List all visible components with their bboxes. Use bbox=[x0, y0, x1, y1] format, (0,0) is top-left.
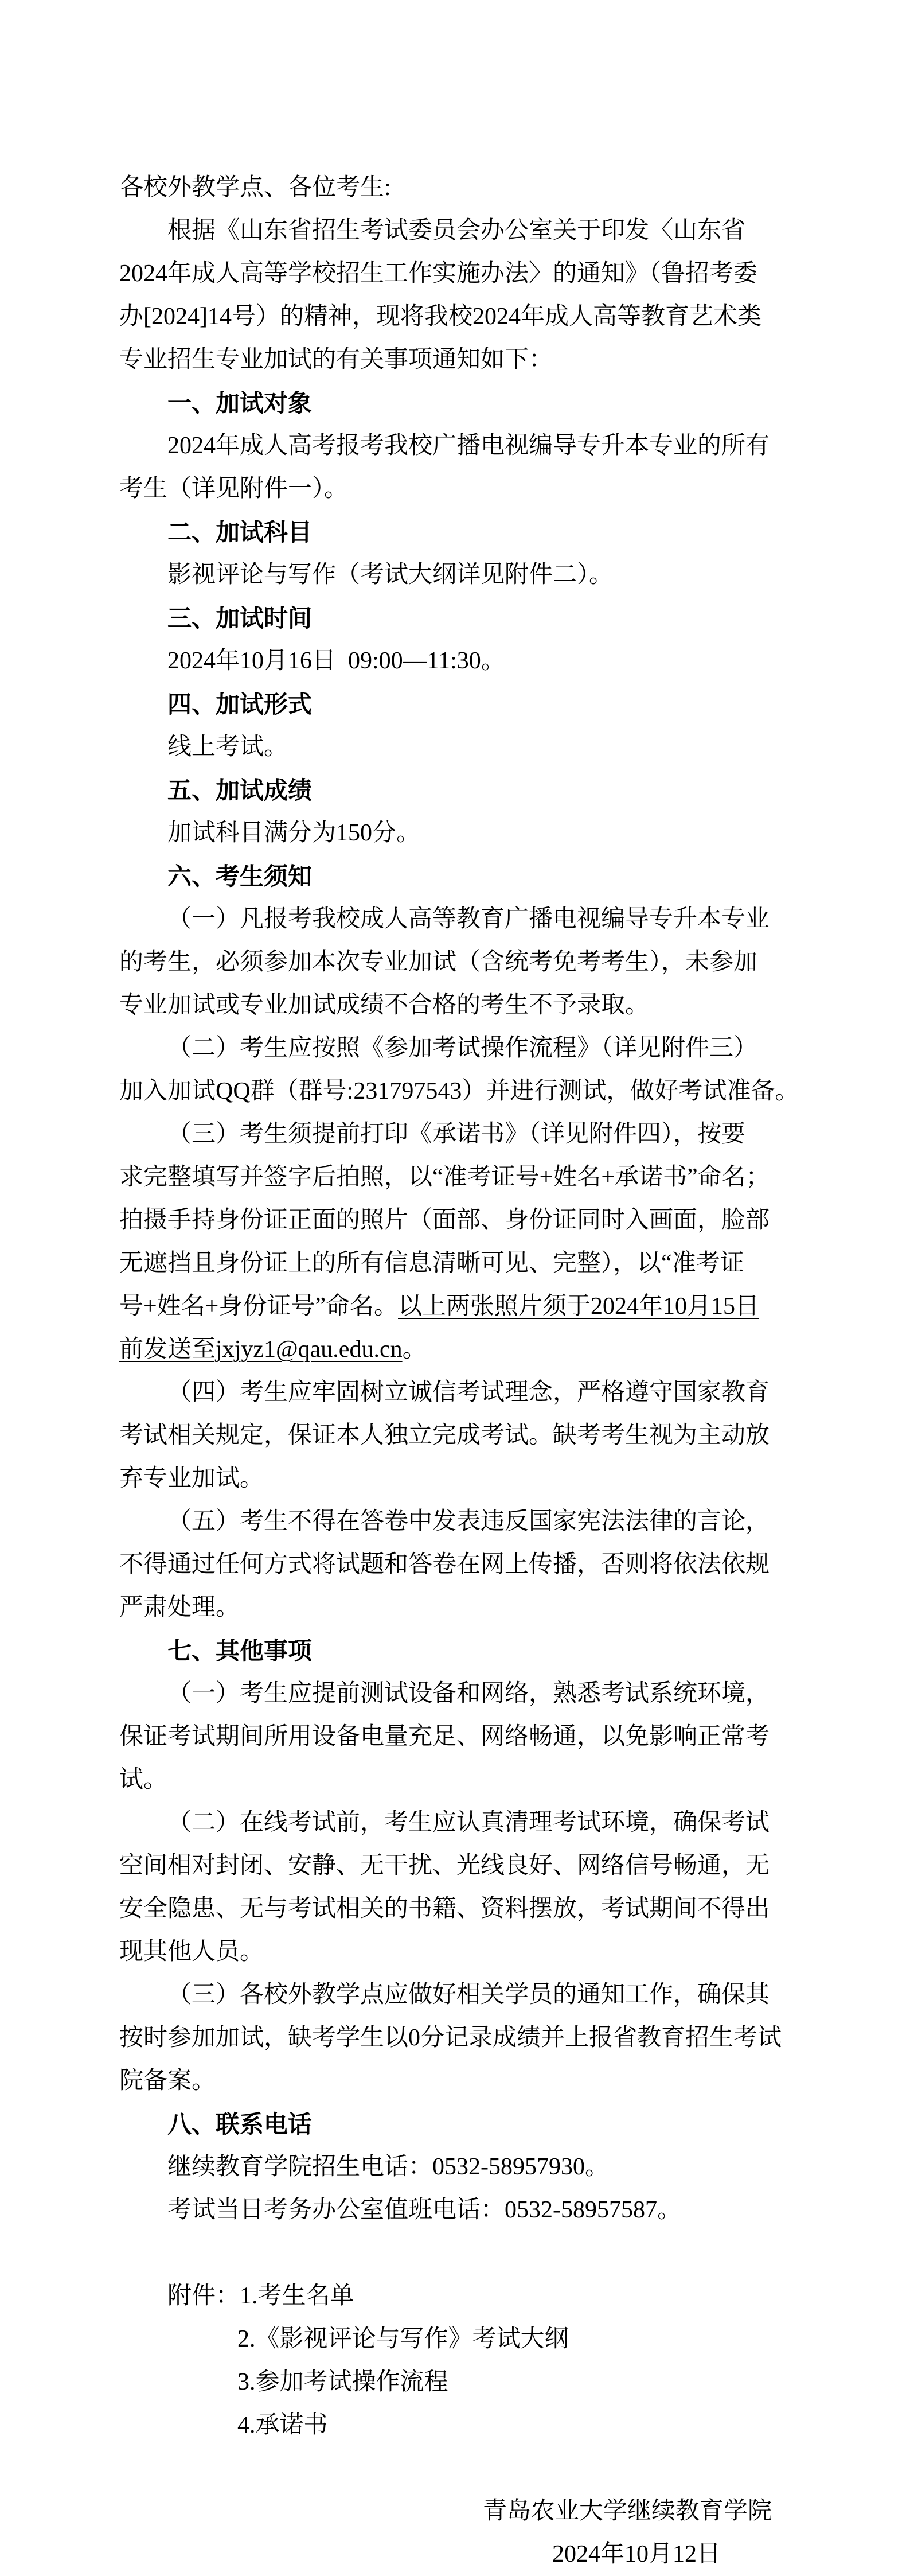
doc-line: 空间相对封闭、安静、无干扰、光线良好、网络信号畅通，无 bbox=[119, 1845, 830, 1888]
doc-line: 加试科目满分为150分。 bbox=[119, 812, 830, 855]
text-run: 2024年10月12日 bbox=[552, 2533, 721, 2576]
text-run: 号+姓名+身份证号”命名。 bbox=[119, 1285, 398, 1328]
text-run: 保证考试期间所用设备电量充足、网络畅通，以免影响正常考 bbox=[119, 1715, 770, 1758]
document-page: 各校外教学点、各位考生:根据《山东省招生考试委员会办公室关于印发〈山东省2024… bbox=[0, 0, 910, 2576]
doc-line: 现其他人员。 bbox=[119, 1931, 830, 1974]
text-run: 五、加试成绩 bbox=[167, 769, 312, 812]
text-run: 2024年成人高考报考我校广播电视编导专升本专业的所有 bbox=[167, 425, 770, 468]
text-run: 按时参加加试，缺考学生以0分记录成绩并上报省教育招生考试 bbox=[119, 2017, 782, 2060]
doc-line: 号+姓名+身份证号”命名。以上两张照片须于2024年10月15日 bbox=[119, 1285, 830, 1328]
doc-line: 求完整填写并签字后拍照，以“准考证号+姓名+承诺书”命名； bbox=[119, 1156, 830, 1199]
doc-line: （三）各校外教学点应做好相关学员的通知工作，确保其 bbox=[119, 1974, 830, 2017]
doc-heading-line: 三、加试时间 bbox=[119, 597, 830, 640]
text-run: 四、加试形式 bbox=[167, 683, 312, 726]
text-run: 求完整填写并签字后拍照，以“准考证号+姓名+承诺书”命名； bbox=[119, 1156, 770, 1199]
underlined-text-run: 前发送至jxjyz1@qau.edu.cn bbox=[119, 1328, 403, 1371]
text-run: 2024年成人高等学校招生工作实施办法〉的通知》（鲁招考委 bbox=[119, 252, 757, 295]
doc-line: 2024年10月16日 09:00—11:30。 bbox=[119, 640, 830, 683]
text-run: 2024年10月16日 09:00—11:30。 bbox=[167, 640, 505, 683]
doc-line: 2.《影视评论与写作》考试大纲 bbox=[119, 2318, 830, 2361]
text-run: 根据《山东省招生考试委员会办公室关于印发〈山东省 bbox=[167, 209, 745, 252]
text-run: （一）考生应提前测试设备和网络，熟悉考试系统环境， bbox=[167, 1672, 770, 1715]
doc-line: （二）考生应按照《参加考试操作流程》（详见附件三） bbox=[119, 1027, 830, 1070]
doc-line bbox=[119, 2232, 830, 2275]
doc-line: 各校外教学点、各位考生: bbox=[119, 166, 830, 209]
doc-line: 安全隐患、无与考试相关的书籍、资料摆放，考试期间不得出 bbox=[119, 1888, 830, 1931]
doc-line: 青岛农业大学继续教育学院 bbox=[119, 2490, 830, 2533]
doc-heading-line: 五、加试成绩 bbox=[119, 769, 830, 812]
text-run: 。 bbox=[403, 1328, 427, 1371]
text-run: 一、加试对象 bbox=[167, 382, 312, 425]
doc-line: 影视评论与写作（考试大纲详见附件二）。 bbox=[119, 554, 830, 597]
text-run: 3.参加考试操作流程 bbox=[237, 2361, 448, 2404]
text-run: 二、加试科目 bbox=[167, 511, 312, 554]
text-run: 办[2024]14号）的精神，现将我校2024年成人高等教育艺术类 bbox=[119, 295, 761, 338]
doc-line: 弃专业加试。 bbox=[119, 1457, 830, 1500]
doc-line: 的考生，必须参加本次专业加试（含统考免考考生），未参加 bbox=[119, 941, 830, 984]
doc-line: 专业加试或专业加试成绩不合格的考生不予录取。 bbox=[119, 984, 830, 1027]
doc-line: 试。 bbox=[119, 1758, 830, 1801]
doc-line: （三）考生须提前打印《承诺书》（详见附件四），按要 bbox=[119, 1113, 830, 1156]
doc-line: 考试相关规定，保证本人独立完成考试。缺考考生视为主动放 bbox=[119, 1414, 830, 1457]
text-run: 七、其他事项 bbox=[167, 1629, 312, 1672]
text-run: 青岛农业大学继续教育学院 bbox=[483, 2490, 772, 2533]
text-run: 线上考试。 bbox=[167, 726, 288, 769]
doc-line: 拍摄手持身份证正面的照片（面部、身份证同时入画面，脸部 bbox=[119, 1199, 830, 1242]
doc-line: （二）在线考试前，考生应认真清理考试环境，确保考试 bbox=[119, 1801, 830, 1845]
doc-line: 2024年成人高等学校招生工作实施办法〉的通知》（鲁招考委 bbox=[119, 252, 830, 295]
text-run: （五）考生不得在答卷中发表违反国家宪法法律的言论， bbox=[167, 1500, 770, 1543]
doc-heading-line: 八、联系电话 bbox=[119, 2103, 830, 2146]
text-run: （三）各校外教学点应做好相关学员的通知工作，确保其 bbox=[167, 1974, 770, 2017]
doc-line: 线上考试。 bbox=[119, 726, 830, 769]
doc-line: 附件：1.考生名单 bbox=[119, 2275, 830, 2318]
doc-line: 加入加试QQ群（群号:231797543）并进行测试，做好考试准备。 bbox=[119, 1070, 830, 1113]
doc-heading-line: 二、加试科目 bbox=[119, 511, 830, 554]
doc-line: 无遮挡且身份证上的所有信息清晰可见、完整），以“准考证 bbox=[119, 1242, 830, 1285]
text-run: 影视评论与写作（考试大纲详见附件二）。 bbox=[167, 554, 613, 597]
doc-line: 继续教育学院招生电话：0532-58957930。 bbox=[119, 2146, 830, 2189]
text-run: 加试科目满分为150分。 bbox=[167, 812, 420, 855]
text-run: 考生（详见附件一）。 bbox=[119, 468, 348, 511]
text-run: 无遮挡且身份证上的所有信息清晰可见、完整），以“准考证 bbox=[119, 1242, 744, 1285]
doc-line: （五）考生不得在答卷中发表违反国家宪法法律的言论， bbox=[119, 1500, 830, 1543]
doc-heading-line: 一、加试对象 bbox=[119, 382, 830, 425]
doc-line: 不得通过任何方式将试题和答卷在网上传播，否则将依法依规 bbox=[119, 1543, 830, 1586]
text-run: 院备案。 bbox=[119, 2060, 216, 2103]
doc-line: 考试当日考务办公室值班电话：0532-58957587。 bbox=[119, 2189, 830, 2232]
text-run: 考试相关规定，保证本人独立完成考试。缺考考生视为主动放 bbox=[119, 1414, 770, 1457]
text-run: 现其他人员。 bbox=[119, 1931, 264, 1974]
doc-line bbox=[119, 2447, 830, 2490]
text-run: 加入加试QQ群（群号:231797543）并进行测试，做好考试准备。 bbox=[119, 1070, 799, 1113]
document-body: 各校外教学点、各位考生:根据《山东省招生考试委员会办公室关于印发〈山东省2024… bbox=[119, 166, 830, 2576]
text-run: 的考生，必须参加本次专业加试（含统考免考考生），未参加 bbox=[119, 941, 757, 984]
text-run: 八、联系电话 bbox=[167, 2103, 312, 2146]
doc-line: 保证考试期间所用设备电量充足、网络畅通，以免影响正常考 bbox=[119, 1715, 830, 1758]
doc-line: 按时参加加试，缺考学生以0分记录成绩并上报省教育招生考试 bbox=[119, 2017, 830, 2060]
doc-line: （一）凡报考我校成人高等教育广播电视编导专升本专业 bbox=[119, 898, 830, 941]
text-run: 考试当日考务办公室值班电话：0532-58957587。 bbox=[167, 2189, 681, 2232]
doc-heading-line: 四、加试形式 bbox=[119, 683, 830, 726]
text-run: 不得通过任何方式将试题和答卷在网上传播，否则将依法依规 bbox=[119, 1543, 770, 1586]
doc-line: 2024年10月12日 bbox=[119, 2533, 830, 2576]
text-run: 继续教育学院招生电话：0532-58957930。 bbox=[167, 2146, 609, 2189]
text-run: 试。 bbox=[119, 1758, 167, 1801]
text-run: 专业加试或专业加试成绩不合格的考生不予录取。 bbox=[119, 984, 649, 1027]
doc-line: 专业招生专业加试的有关事项通知如下： bbox=[119, 338, 830, 382]
doc-line: 前发送至jxjyz1@qau.edu.cn。 bbox=[119, 1328, 830, 1371]
text-run: 专业招生专业加试的有关事项通知如下： bbox=[119, 338, 553, 382]
doc-line: （一）考生应提前测试设备和网络，熟悉考试系统环境， bbox=[119, 1672, 830, 1715]
text-run: 2.《影视评论与写作》考试大纲 bbox=[237, 2318, 569, 2361]
doc-line: 院备案。 bbox=[119, 2060, 830, 2103]
doc-line: 办[2024]14号）的精神，现将我校2024年成人高等教育艺术类 bbox=[119, 295, 830, 338]
doc-line: 2024年成人高考报考我校广播电视编导专升本专业的所有 bbox=[119, 425, 830, 468]
doc-line: 考生（详见附件一）。 bbox=[119, 468, 830, 511]
text-run: 空间相对封闭、安静、无干扰、光线良好、网络信号畅通，无 bbox=[119, 1845, 770, 1888]
text-run: （四）考生应牢固树立诚信考试理念，严格遵守国家教育 bbox=[167, 1371, 770, 1414]
doc-line: 严肃处理。 bbox=[119, 1586, 830, 1629]
text-run: 拍摄手持身份证正面的照片（面部、身份证同时入画面，脸部 bbox=[119, 1199, 770, 1242]
text-run: （三）考生须提前打印《承诺书》（详见附件四），按要 bbox=[167, 1113, 745, 1156]
text-run: 三、加试时间 bbox=[167, 597, 312, 640]
text-run: （二）在线考试前，考生应认真清理考试环境，确保考试 bbox=[167, 1801, 770, 1845]
doc-line: （四）考生应牢固树立诚信考试理念，严格遵守国家教育 bbox=[119, 1371, 830, 1414]
doc-heading-line: 六、考生须知 bbox=[119, 855, 830, 898]
doc-line: 4.承诺书 bbox=[119, 2404, 830, 2447]
doc-line: 根据《山东省招生考试委员会办公室关于印发〈山东省 bbox=[119, 209, 830, 252]
text-run: 严肃处理。 bbox=[119, 1586, 240, 1629]
text-run: 附件：1.考生名单 bbox=[167, 2275, 354, 2318]
doc-line: 3.参加考试操作流程 bbox=[119, 2361, 830, 2404]
text-run: 弃专业加试。 bbox=[119, 1457, 264, 1500]
text-run: 六、考生须知 bbox=[167, 855, 312, 898]
text-run: （一）凡报考我校成人高等教育广播电视编导专升本专业 bbox=[167, 898, 770, 941]
underlined-text-run: 以上两张照片须于2024年10月15日 bbox=[398, 1285, 759, 1328]
text-run: 各校外教学点、各位考生: bbox=[119, 166, 391, 209]
text-run: （二）考生应按照《参加考试操作流程》（详见附件三） bbox=[167, 1027, 757, 1070]
text-run: 安全隐患、无与考试相关的书籍、资料摆放，考试期间不得出 bbox=[119, 1888, 770, 1931]
doc-heading-line: 七、其他事项 bbox=[119, 1629, 830, 1672]
text-run: 4.承诺书 bbox=[237, 2404, 328, 2447]
